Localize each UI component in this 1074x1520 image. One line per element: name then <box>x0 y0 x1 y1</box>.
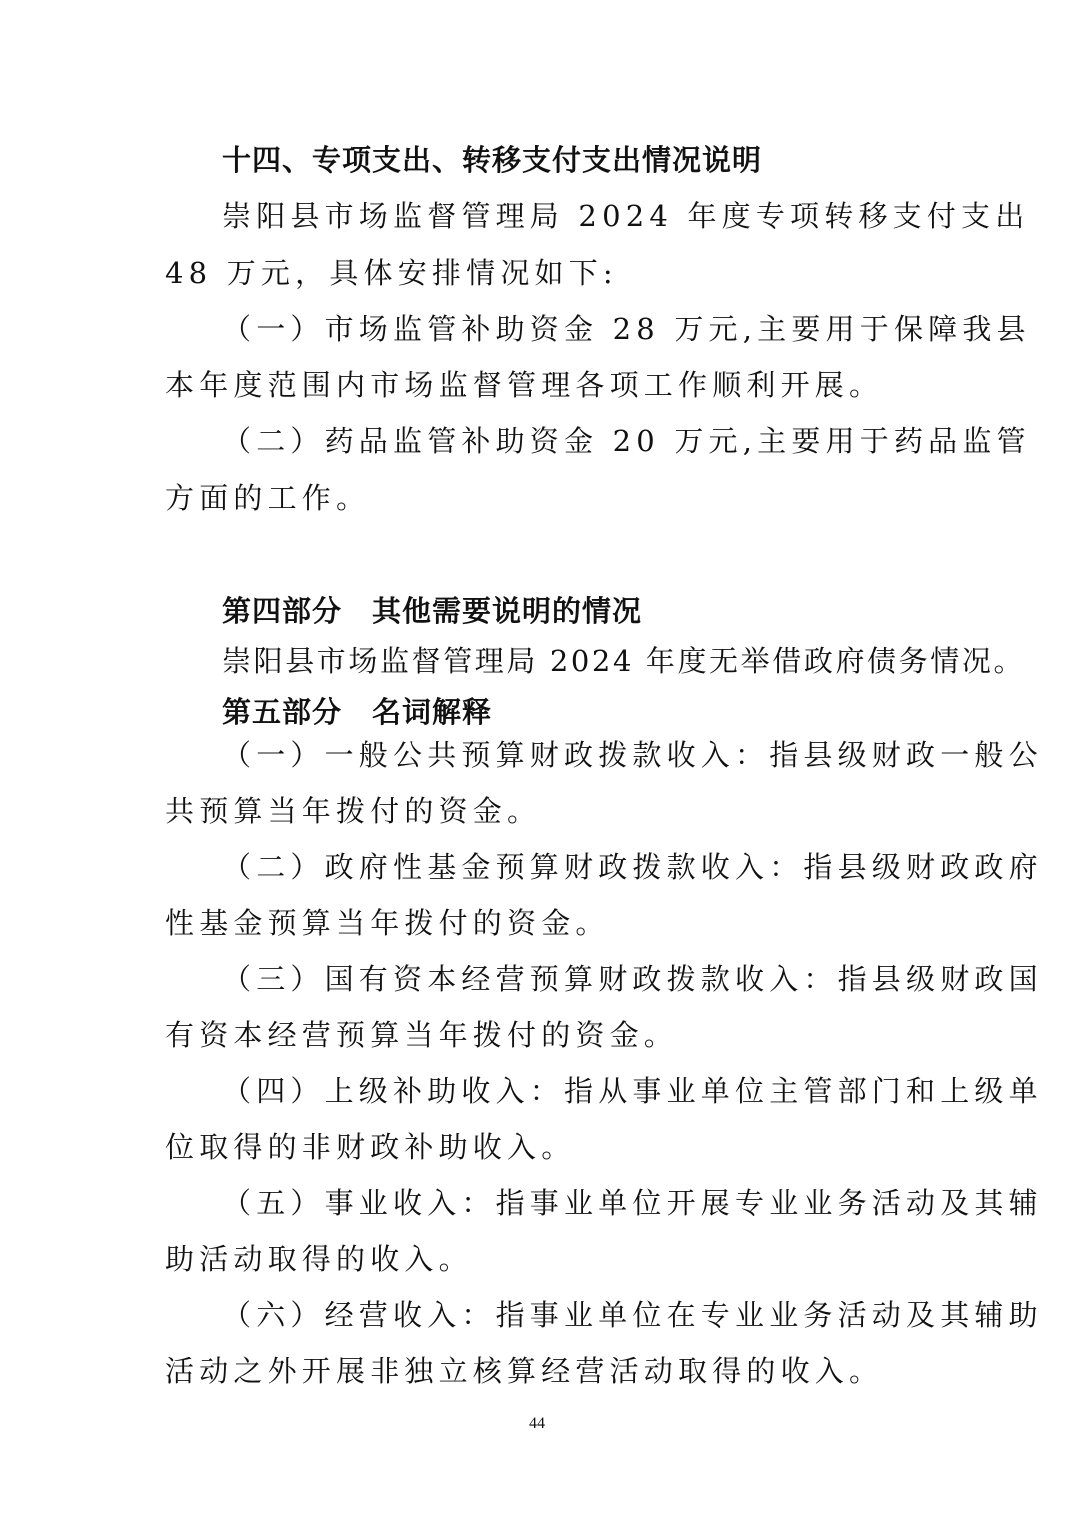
part-5-heading: 第五部分 名词解释 <box>222 694 972 730</box>
definition-line: 有资本经营预算当年拨付的资金。 <box>165 1017 915 1053</box>
definition-line: （五）事业收入：指事业单位开展专业业务活动及其辅 <box>222 1185 972 1221</box>
paragraph-line: 崇阳县市场监督管理局 2024 年度无举借政府债务情况。 <box>222 643 972 679</box>
paragraph-line: 48 万元，具体安排情况如下: <box>165 255 915 291</box>
section-14-heading: 十四、专项支出、转移支付支出情况说明 <box>222 142 972 178</box>
paragraph-line: 方面的工作。 <box>165 480 915 516</box>
definition-line: （六）经营收入：指事业单位在专业业务活动及其辅助 <box>222 1297 972 1333</box>
paragraph-line: （一）市场监管补助资金 28 万元,主要用于保障我县 <box>222 311 972 347</box>
page-number: 44 <box>0 1415 1074 1433</box>
definition-line: 性基金预算当年拨付的资金。 <box>165 905 915 941</box>
paragraph-line: （二）药品监管补助资金 20 万元,主要用于药品监管 <box>222 423 972 459</box>
definition-line: （四）上级补助收入：指从事业单位主管部门和上级单 <box>222 1073 972 1109</box>
definition-line: 活动之外开展非独立核算经营活动取得的收入。 <box>165 1353 915 1389</box>
definition-line: 共预算当年拨付的资金。 <box>165 793 915 829</box>
paragraph-line: 本年度范围内市场监督管理各项工作顺利开展。 <box>165 367 915 403</box>
definition-line: （二）政府性基金预算财政拨款收入：指县级财政政府 <box>222 849 972 885</box>
part-4-heading: 第四部分 其他需要说明的情况 <box>222 593 972 629</box>
definition-line: （一）一般公共预算财政拨款收入：指县级财政一般公 <box>222 737 972 773</box>
definition-line: 位取得的非财政补助收入。 <box>165 1129 915 1165</box>
paragraph-line: 崇阳县市场监督管理局 2024 年度专项转移支付支出 <box>222 198 972 234</box>
definition-line: （三）国有资本经营预算财政拨款收入：指县级财政国 <box>222 961 972 997</box>
document-page: 十四、专项支出、转移支付支出情况说明 崇阳县市场监督管理局 2024 年度专项转… <box>0 0 1074 1520</box>
definition-line: 助活动取得的收入。 <box>165 1241 915 1277</box>
